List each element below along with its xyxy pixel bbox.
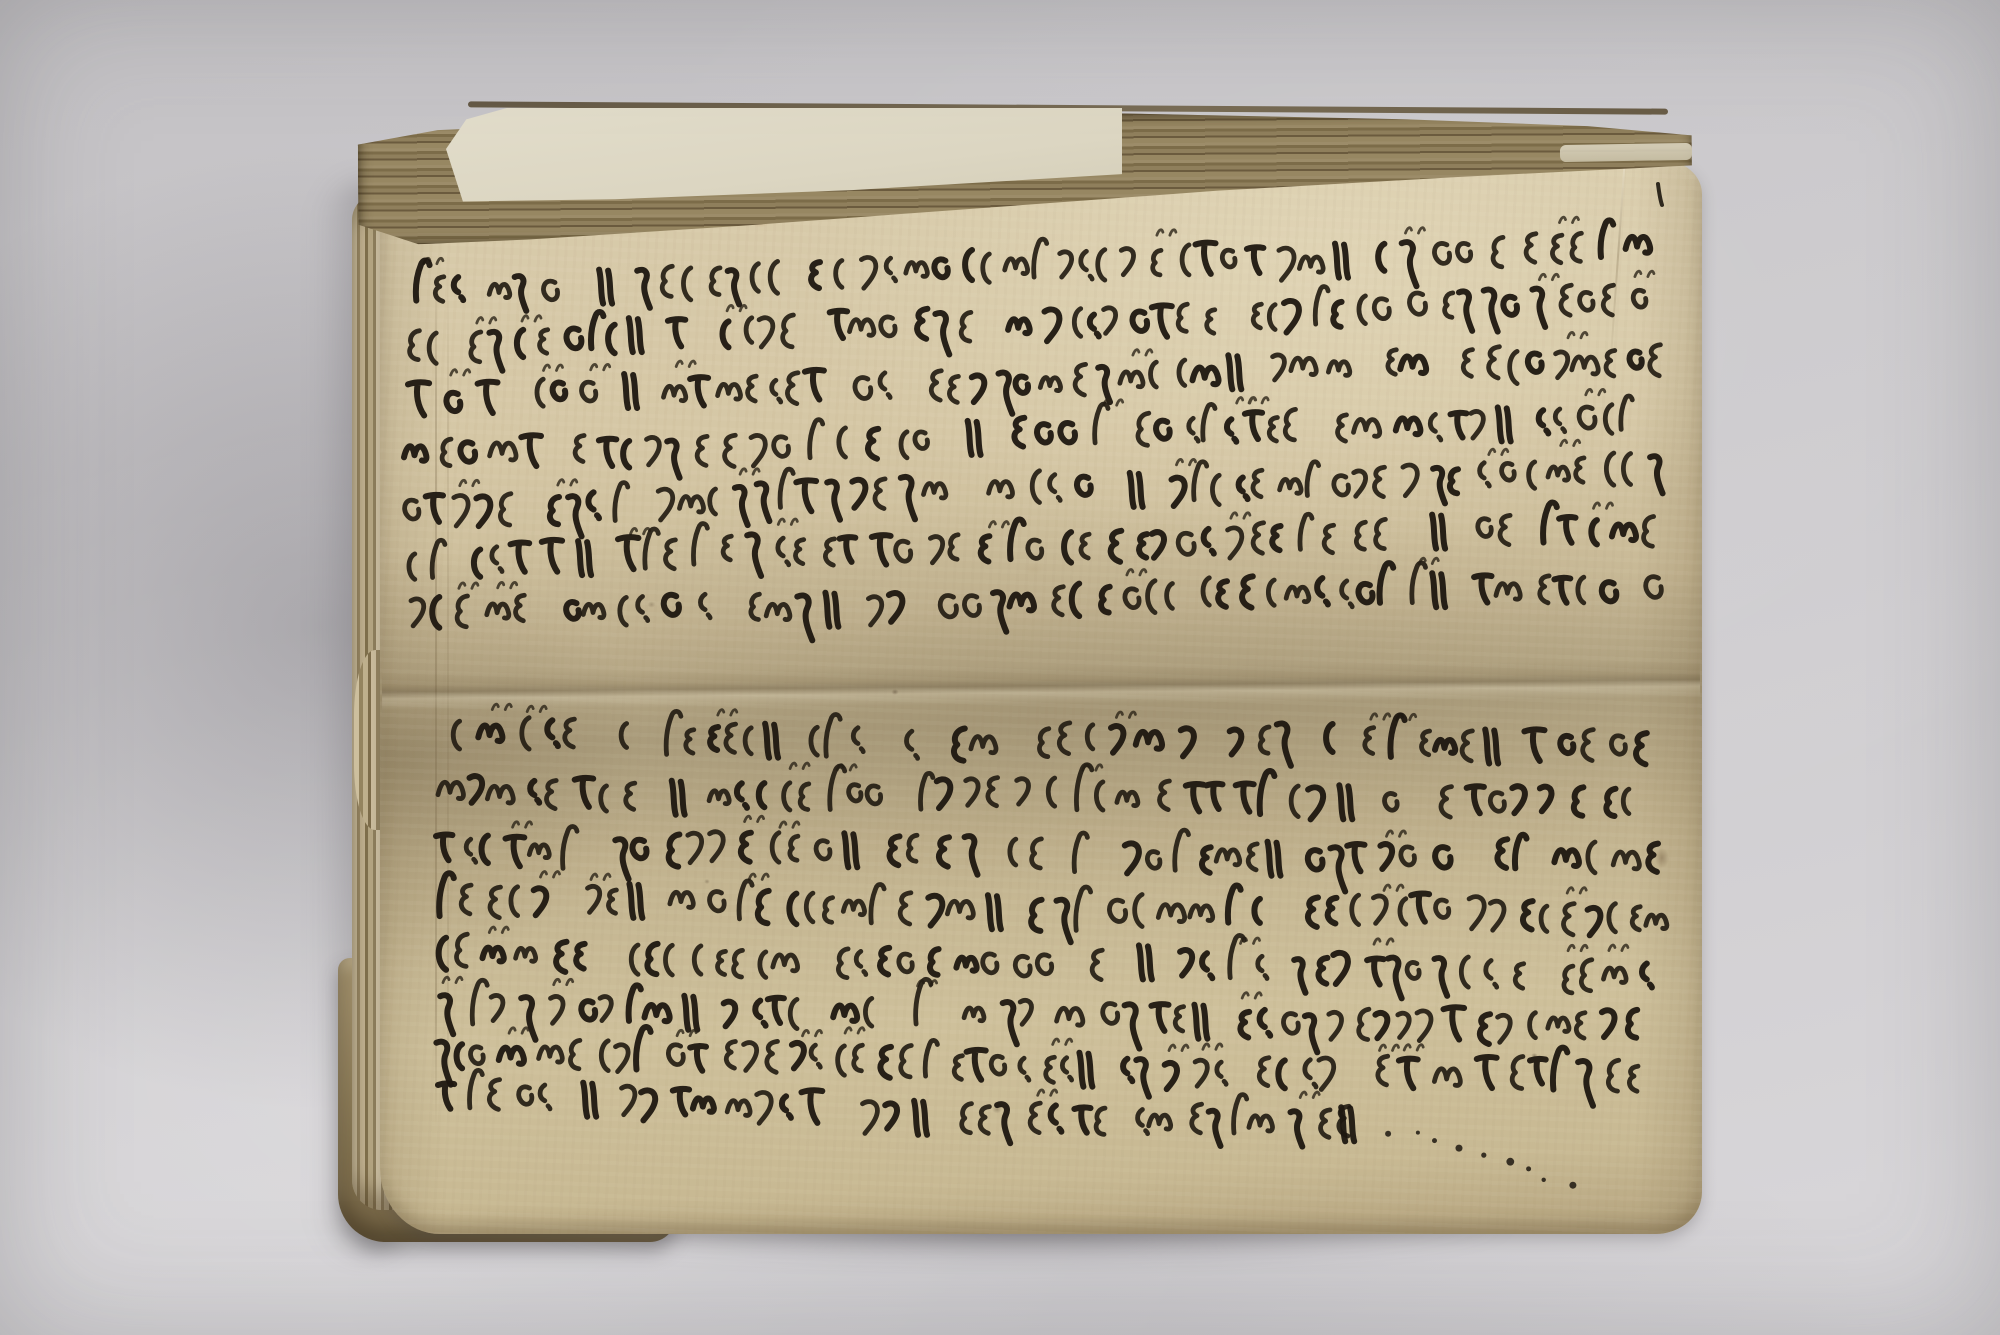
- page-edge-tip: [1560, 143, 1692, 162]
- manuscript-page: [380, 160, 1702, 1234]
- manuscript-book: [350, 102, 1705, 1247]
- photo-backdrop: [0, 0, 2000, 1335]
